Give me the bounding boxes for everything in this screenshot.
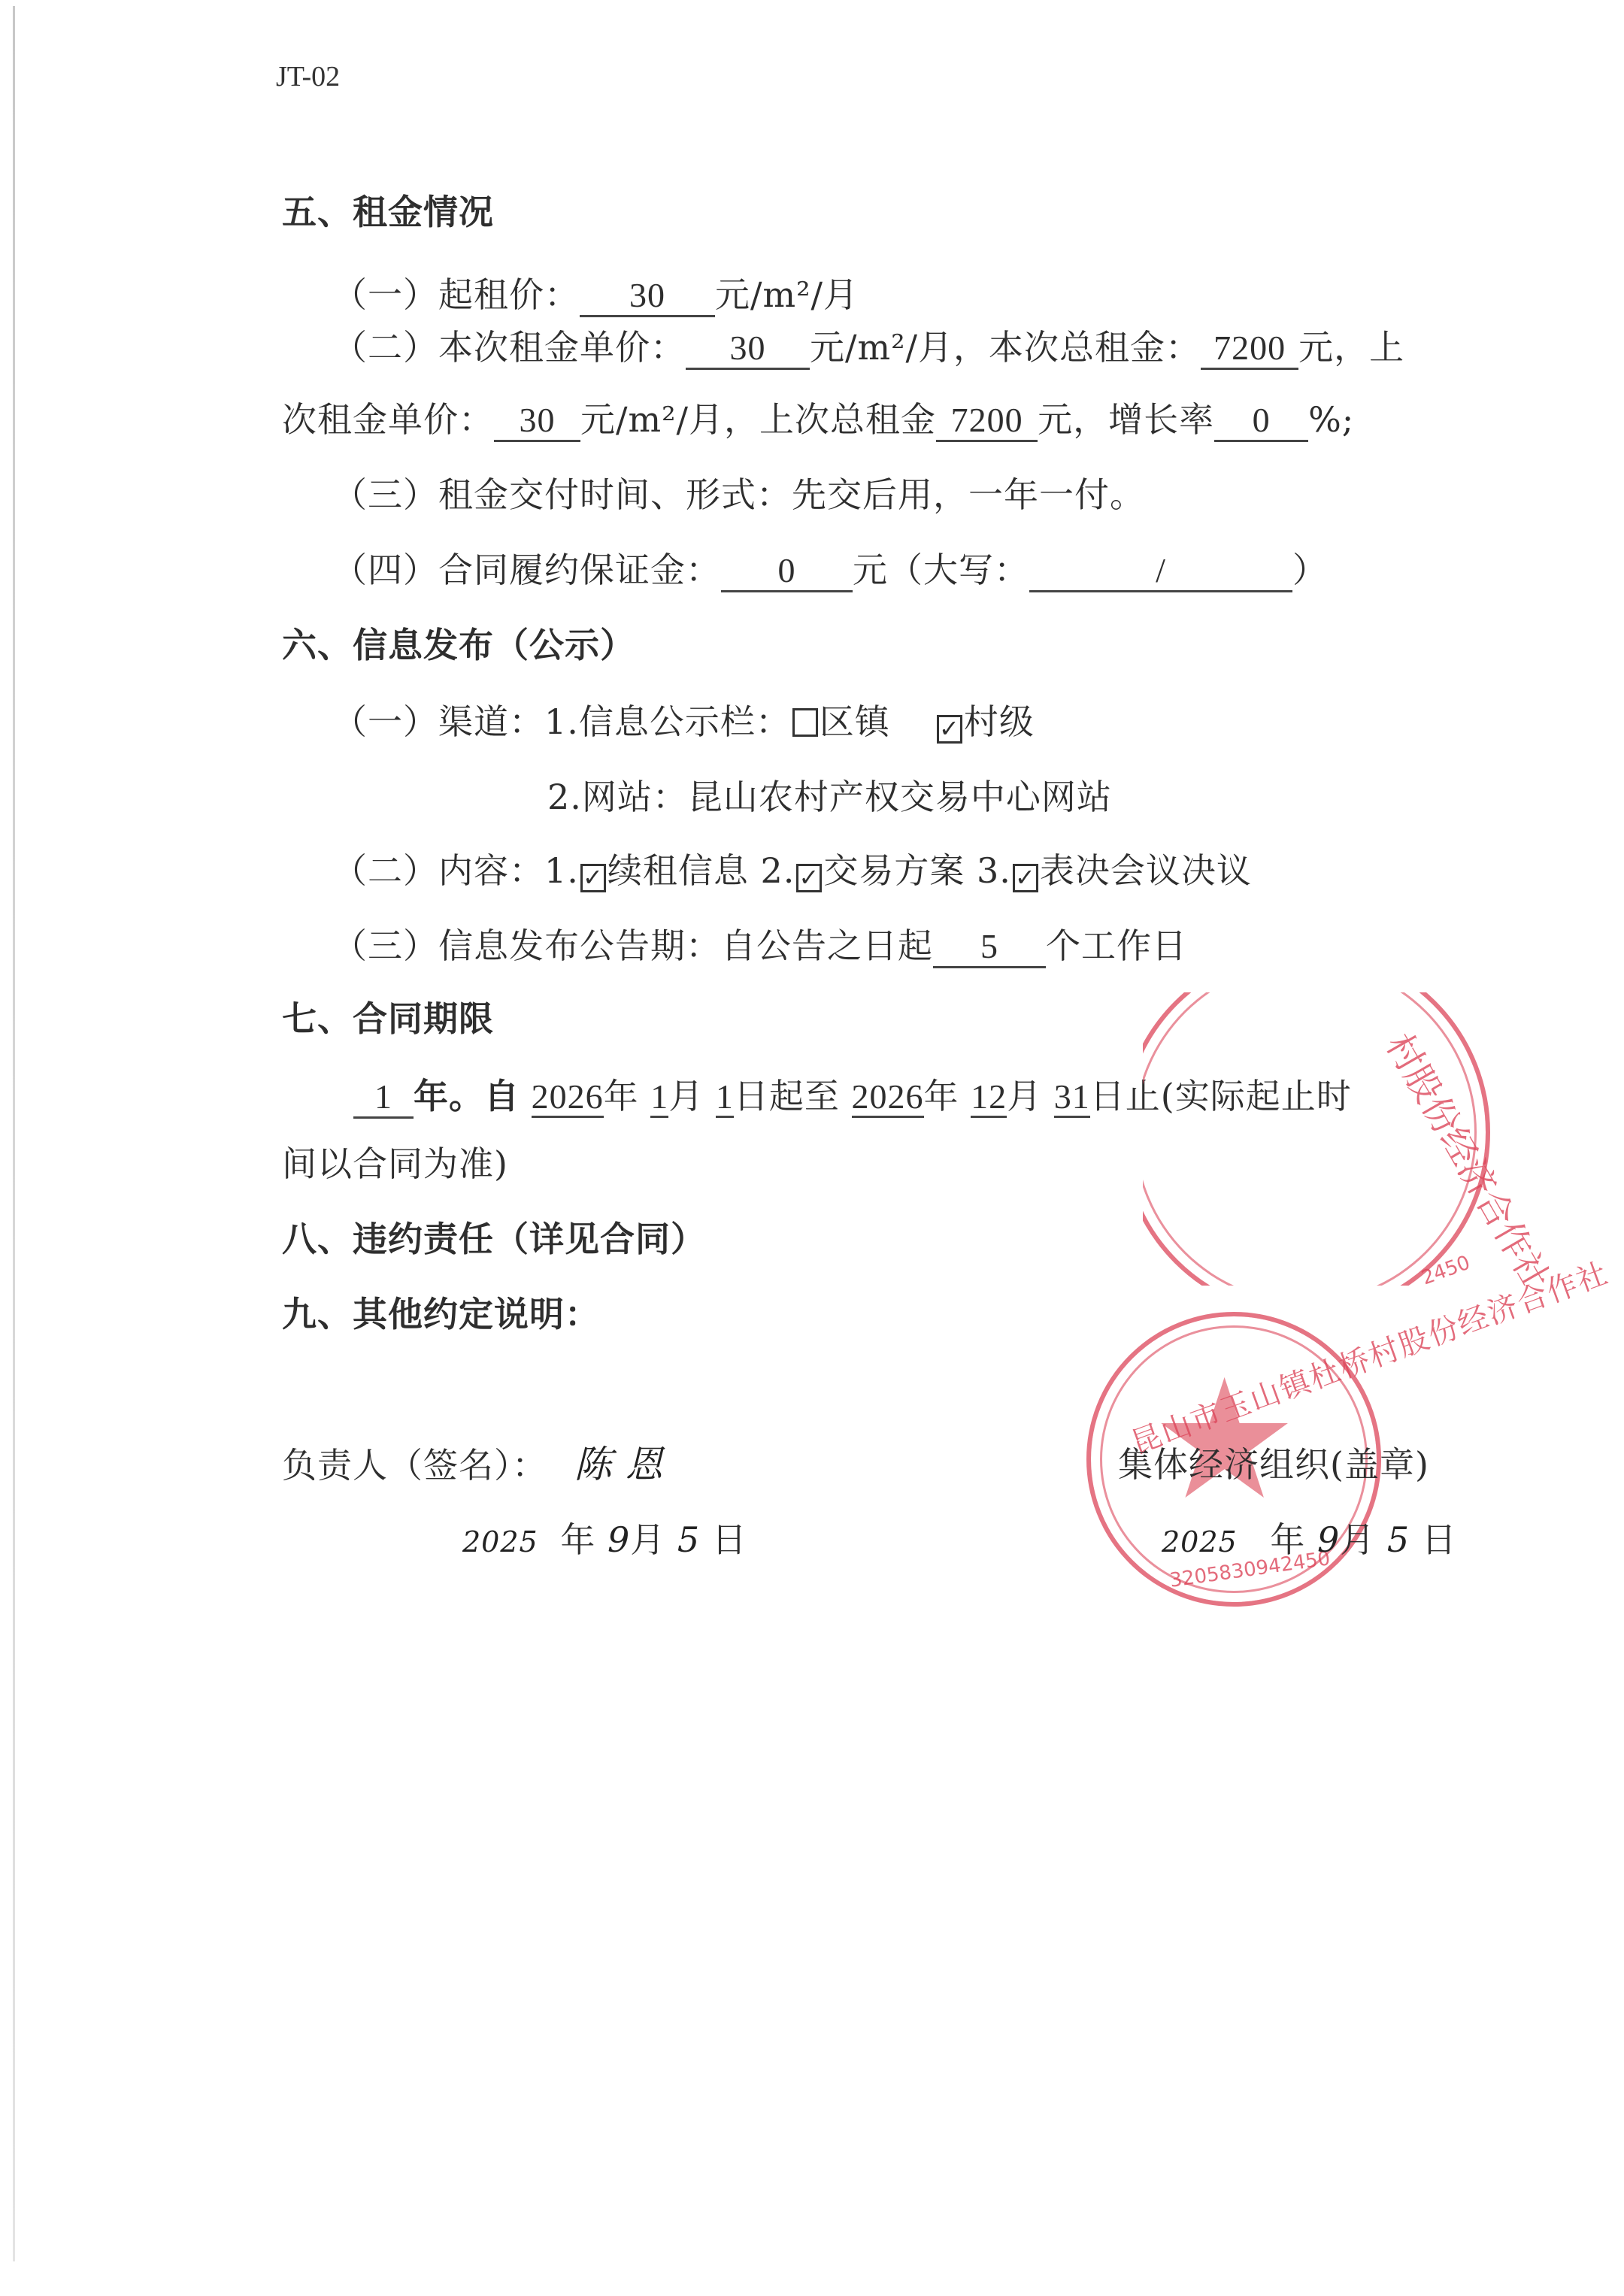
org-date-day: 5 <box>1387 1519 1410 1560</box>
starting-rent-unit: 元/m²/月 <box>715 274 859 315</box>
content-label: （二）内容： <box>332 850 544 891</box>
option-village-label: 村级 <box>964 701 1035 742</box>
org-date-year: 2025 <box>1162 1525 1238 1558</box>
responsible-person-line: 负责人（签名）： 陈 恩 <box>282 1442 664 1488</box>
end-month: 12 <box>971 1077 1007 1118</box>
start-year: 2026 <box>532 1077 604 1118</box>
start-day: 1 <box>716 1077 734 1118</box>
month-label: 月 <box>1007 1076 1042 1116</box>
deposit-close-paren: ） <box>1292 550 1328 590</box>
contract-years-unit: 年。自 <box>414 1076 520 1116</box>
org-date-month: 9 <box>1317 1519 1340 1560</box>
previous-total-value: 7200 <box>936 401 1038 442</box>
previous-rent-line: 次租金单价：30元/m²/月，上次总租金7200元，增长率0%; <box>282 397 1354 442</box>
payment-terms: （三）租金交付时间、形式：先交后用，一年一付。 <box>332 472 1145 517</box>
responsible-person-signature: 陈 恩 <box>574 1443 664 1486</box>
deposit-uppercase-value: / <box>1029 551 1292 592</box>
channel-label: （一）渠道：1.信息公示栏： <box>332 701 791 742</box>
announcement-period-value: 5 <box>933 927 1046 968</box>
deposit-value: 0 <box>721 551 853 592</box>
channel-line: （一）渠道：1.信息公示栏：区镇✓村级 <box>332 699 1035 744</box>
responsible-person-label: 负责人（签名）： <box>282 1445 547 1486</box>
current-unit-price-value: 30 <box>686 329 810 370</box>
current-rent-line: （二）本次租金单价：30元/m²/月，本次总租金：7200元，上 <box>332 325 1404 370</box>
person-date-line: 2025 年 9月 5 日 <box>462 1517 747 1564</box>
contract-years-value: 1 <box>353 1077 414 1119</box>
announcement-period-line: （三）信息发布公告期：自公告之日起5个工作日 <box>332 923 1187 968</box>
website-line: 2.网站：昆山农村产权交易中心网站 <box>547 774 1112 819</box>
person-date-day: 5 <box>677 1519 700 1560</box>
org-date-line: 2025 年 9月 5 日 <box>1162 1517 1457 1564</box>
previous-total-label: 元/m²/月，上次总租金 <box>580 399 936 440</box>
content-renewal-info-label: 续租信息 <box>607 850 749 891</box>
content-item-number: 3. <box>977 850 1011 891</box>
content-line: （二）内容：1.✓续租信息 2.✓交易方案 3.✓表决会议决议 <box>332 848 1252 893</box>
starting-rent-label: （一）起租价： <box>332 274 580 315</box>
checkbox-transaction-plan[interactable]: ✓ <box>796 864 822 892</box>
growth-rate-label: 元，增长率 <box>1038 399 1214 440</box>
announcement-period-unit: 个工作日 <box>1046 925 1187 966</box>
month-label: 月 <box>668 1076 704 1116</box>
person-date-year: 2025 <box>462 1525 538 1558</box>
current-total-suffix: 元，上 <box>1298 327 1404 368</box>
growth-rate-value: 0 <box>1214 401 1308 442</box>
current-total-label: 元/m²/月，本次总租金： <box>810 327 1201 368</box>
day-label: 日 <box>1422 1519 1457 1560</box>
start-day-label: 日起至 <box>734 1076 840 1116</box>
section9-title: 九、其他约定说明： <box>282 1292 600 1337</box>
year-label: 年 <box>560 1519 595 1560</box>
scan-edge-line <box>13 6 15 2261</box>
deposit-line: （四）合同履约保证金：0元（大写：/） <box>332 547 1328 592</box>
collective-org-label: 集体经济组织(盖章) <box>1118 1442 1429 1487</box>
year-label: 年 <box>1270 1519 1305 1560</box>
year-label: 年 <box>604 1076 639 1116</box>
section6-title: 六、信息发布（公示） <box>282 622 635 668</box>
month-label: 月 <box>1340 1519 1375 1560</box>
content-item-number: 2. <box>761 850 795 891</box>
content-voting-resolution-label: 表决会议决议 <box>1040 850 1252 891</box>
contract-term-line2: 间以合同为准) <box>282 1141 508 1186</box>
month-label: 月 <box>630 1519 665 1560</box>
previous-unit-price-label: 次租金单价： <box>282 399 494 440</box>
current-total-value: 7200 <box>1201 329 1298 370</box>
end-day: 31 <box>1054 1077 1090 1118</box>
deposit-label: （四）合同履约保证金： <box>332 550 721 590</box>
checkbox-voting-resolution[interactable]: ✓ <box>1013 864 1038 892</box>
section8-title: 八、违约责任（详见合同） <box>282 1216 706 1262</box>
starting-rent-value: 30 <box>580 276 715 317</box>
previous-unit-price-value: 30 <box>494 401 580 442</box>
option-district-town-label: 区镇 <box>820 701 890 742</box>
section5-title: 五、租金情况 <box>282 189 494 235</box>
announcement-period-label: （三）信息发布公告期：自公告之日起 <box>332 925 933 966</box>
content-item-number: 1. <box>544 850 579 891</box>
growth-rate-suffix: %; <box>1308 399 1354 440</box>
person-date-month: 9 <box>607 1519 630 1560</box>
deposit-uppercase-label: 元（大写： <box>853 550 1029 590</box>
starting-rent-line: （一）起租价：30元/m²/月 <box>332 272 859 317</box>
content-transaction-plan-label: 交易方案 <box>823 850 965 891</box>
checkbox-village[interactable]: ✓ <box>937 715 962 744</box>
year-label: 年 <box>924 1076 959 1116</box>
partial-official-seal: 村股份经济合作社 2450 <box>1143 992 1549 1286</box>
checkbox-renewal-info[interactable]: ✓ <box>580 864 606 892</box>
section7-title: 七、合同期限 <box>282 996 494 1041</box>
document-code: JT-02 <box>276 60 340 93</box>
day-label: 日 <box>712 1519 747 1560</box>
end-year: 2026 <box>852 1077 924 1118</box>
checkbox-district-town[interactable] <box>792 708 818 737</box>
start-month: 1 <box>650 1077 668 1118</box>
current-unit-price-label: （二）本次租金单价： <box>332 327 686 368</box>
